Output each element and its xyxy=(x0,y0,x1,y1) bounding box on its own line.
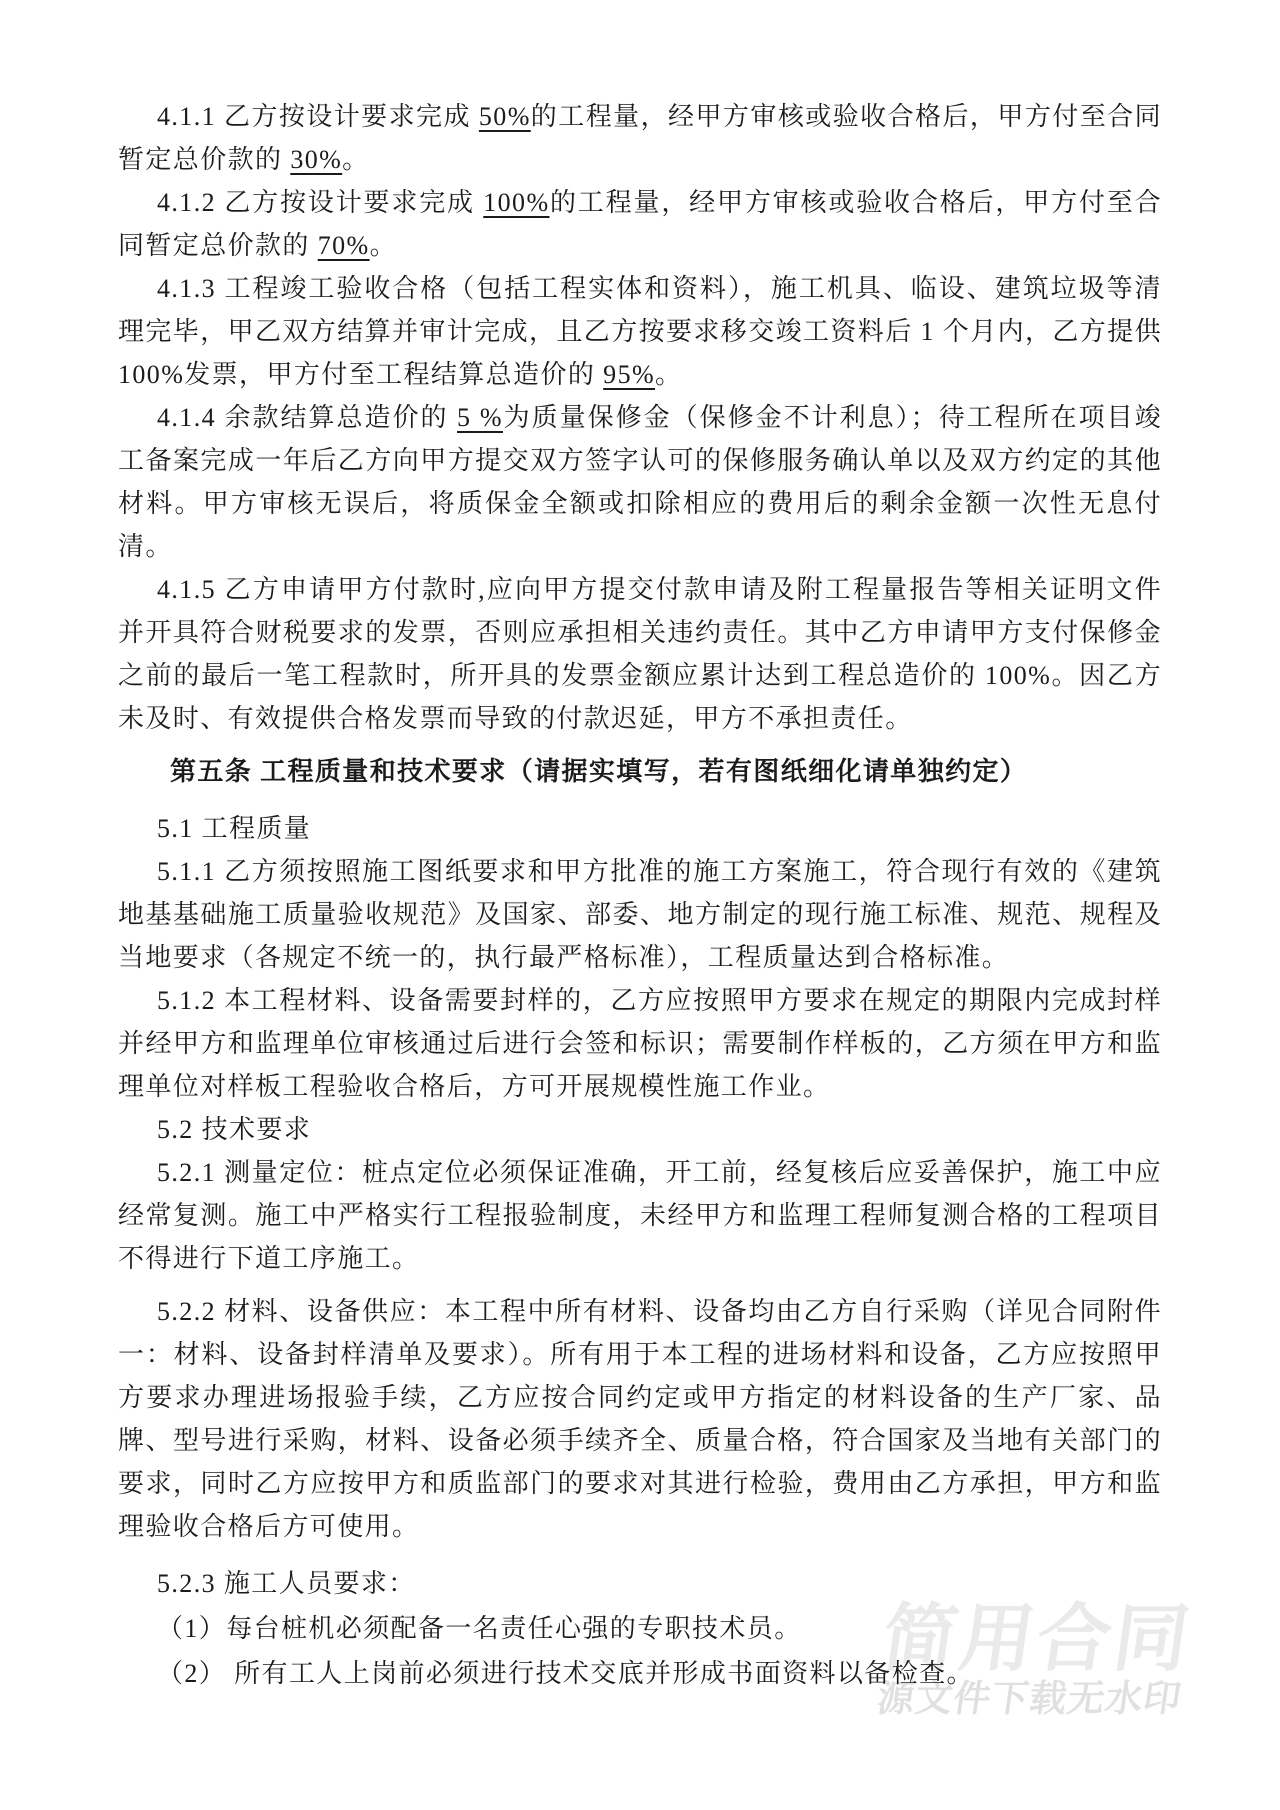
text-run: 4.1.5 乙方申请甲方付款时,应向甲方提交付款申请及附工程量报告等相关证明文件… xyxy=(118,575,1162,733)
text-run: 4.1.1 乙方按设计要求完成 xyxy=(157,102,479,131)
clause-5-1-1: 5.1.1 乙方须按照施工图纸要求和甲方批准的施工方案施工，符合现行有效的《建筑… xyxy=(118,850,1162,979)
text-run: 5.2.3 施工人员要求： xyxy=(157,1569,416,1598)
underlined-value: 5 % xyxy=(457,403,503,432)
text-run: 。 xyxy=(342,145,369,174)
text-run: 4.1.4 余款结算总造价的 xyxy=(157,403,457,432)
clause-5-2-3: 5.2.3 施工人员要求： xyxy=(118,1562,1162,1605)
text-run: 5.2.1 测量定位：桩点定位必须保证准确，开工前，经复核后应妥善保护，施工中应… xyxy=(118,1158,1162,1273)
text-run: 5.2 技术要求 xyxy=(157,1115,311,1144)
text-run: （2） 所有工人上岗前必须进行技术交底并形成书面资料以备检查。 xyxy=(157,1659,974,1688)
text-run: 5.1.2 本工程材料、设备需要封样的，乙方应按照甲方要求在规定的期限内完成封样… xyxy=(118,986,1162,1101)
clause-5-1-2: 5.1.2 本工程材料、设备需要封样的，乙方应按照甲方要求在规定的期限内完成封样… xyxy=(118,979,1162,1108)
clause-4-1-1: 4.1.1 乙方按设计要求完成 50%的工程量，经甲方审核或验收合格后，甲方付至… xyxy=(118,95,1162,181)
underlined-value: 70% xyxy=(318,231,370,260)
clause-5-2-2: 5.2.2 材料、设备供应：本工程中所有材料、设备均由乙方自行采购（详见合同附件… xyxy=(118,1290,1162,1548)
text-run: 4.1.2 乙方按设计要求完成 xyxy=(157,188,483,217)
contract-page: 简用合同 源文件下载无水印 4.1.1 乙方按设计要求完成 50%的工程量，经甲… xyxy=(0,0,1280,1810)
clause-5-2: 5.2 技术要求 xyxy=(118,1108,1162,1151)
underlined-value: 30% xyxy=(290,145,342,174)
underlined-value: 95% xyxy=(603,360,655,389)
text-run: 。 xyxy=(370,231,397,260)
text-run: 5.2.2 材料、设备供应：本工程中所有材料、设备均由乙方自行采购（详见合同附件… xyxy=(118,1297,1162,1541)
text-run: （1）每台桩机必须配备一名责任心强的专职技术员。 xyxy=(157,1614,802,1643)
text-run: 第五条 工程质量和技术要求（请据实填写，若有图纸细化请单独约定） xyxy=(170,757,1027,786)
clause-4-1-3: 4.1.3 工程竣工验收合格（包括工程实体和资料），施工机具、临设、建筑垃圾等清… xyxy=(118,267,1162,396)
underlined-value: 100% xyxy=(483,188,549,217)
clause-4-1-2: 4.1.2 乙方按设计要求完成 100%的工程量，经甲方审核或验收合格后，甲方付… xyxy=(118,181,1162,267)
clause-5-2-3-item-2: （2） 所有工人上岗前必须进行技术交底并形成书面资料以备检查。 xyxy=(118,1652,1162,1695)
text-run: 5.1.1 乙方须按照施工图纸要求和甲方批准的施工方案施工，符合现行有效的《建筑… xyxy=(118,857,1162,972)
clause-5-2-1: 5.2.1 测量定位：桩点定位必须保证准确，开工前，经复核后应妥善保护，施工中应… xyxy=(118,1151,1162,1280)
underlined-value: 50% xyxy=(479,102,531,131)
text-run: 5.1 工程质量 xyxy=(157,814,311,843)
contract-body: 4.1.1 乙方按设计要求完成 50%的工程量，经甲方审核或验收合格后，甲方付至… xyxy=(118,95,1162,1695)
text-run: 。 xyxy=(655,360,682,389)
heading-article-5: 第五条 工程质量和技术要求（请据实填写，若有图纸细化请单独约定） xyxy=(118,750,1162,793)
clause-4-1-5: 4.1.5 乙方申请甲方付款时,应向甲方提交付款申请及附工程量报告等相关证明文件… xyxy=(118,568,1162,740)
clause-5-1: 5.1 工程质量 xyxy=(118,807,1162,850)
clause-5-2-3-item-1: （1）每台桩机必须配备一名责任心强的专职技术员。 xyxy=(118,1607,1162,1650)
clause-4-1-4: 4.1.4 余款结算总造价的 5 %为质量保修金（保修金不计利息）；待工程所在项… xyxy=(118,396,1162,568)
